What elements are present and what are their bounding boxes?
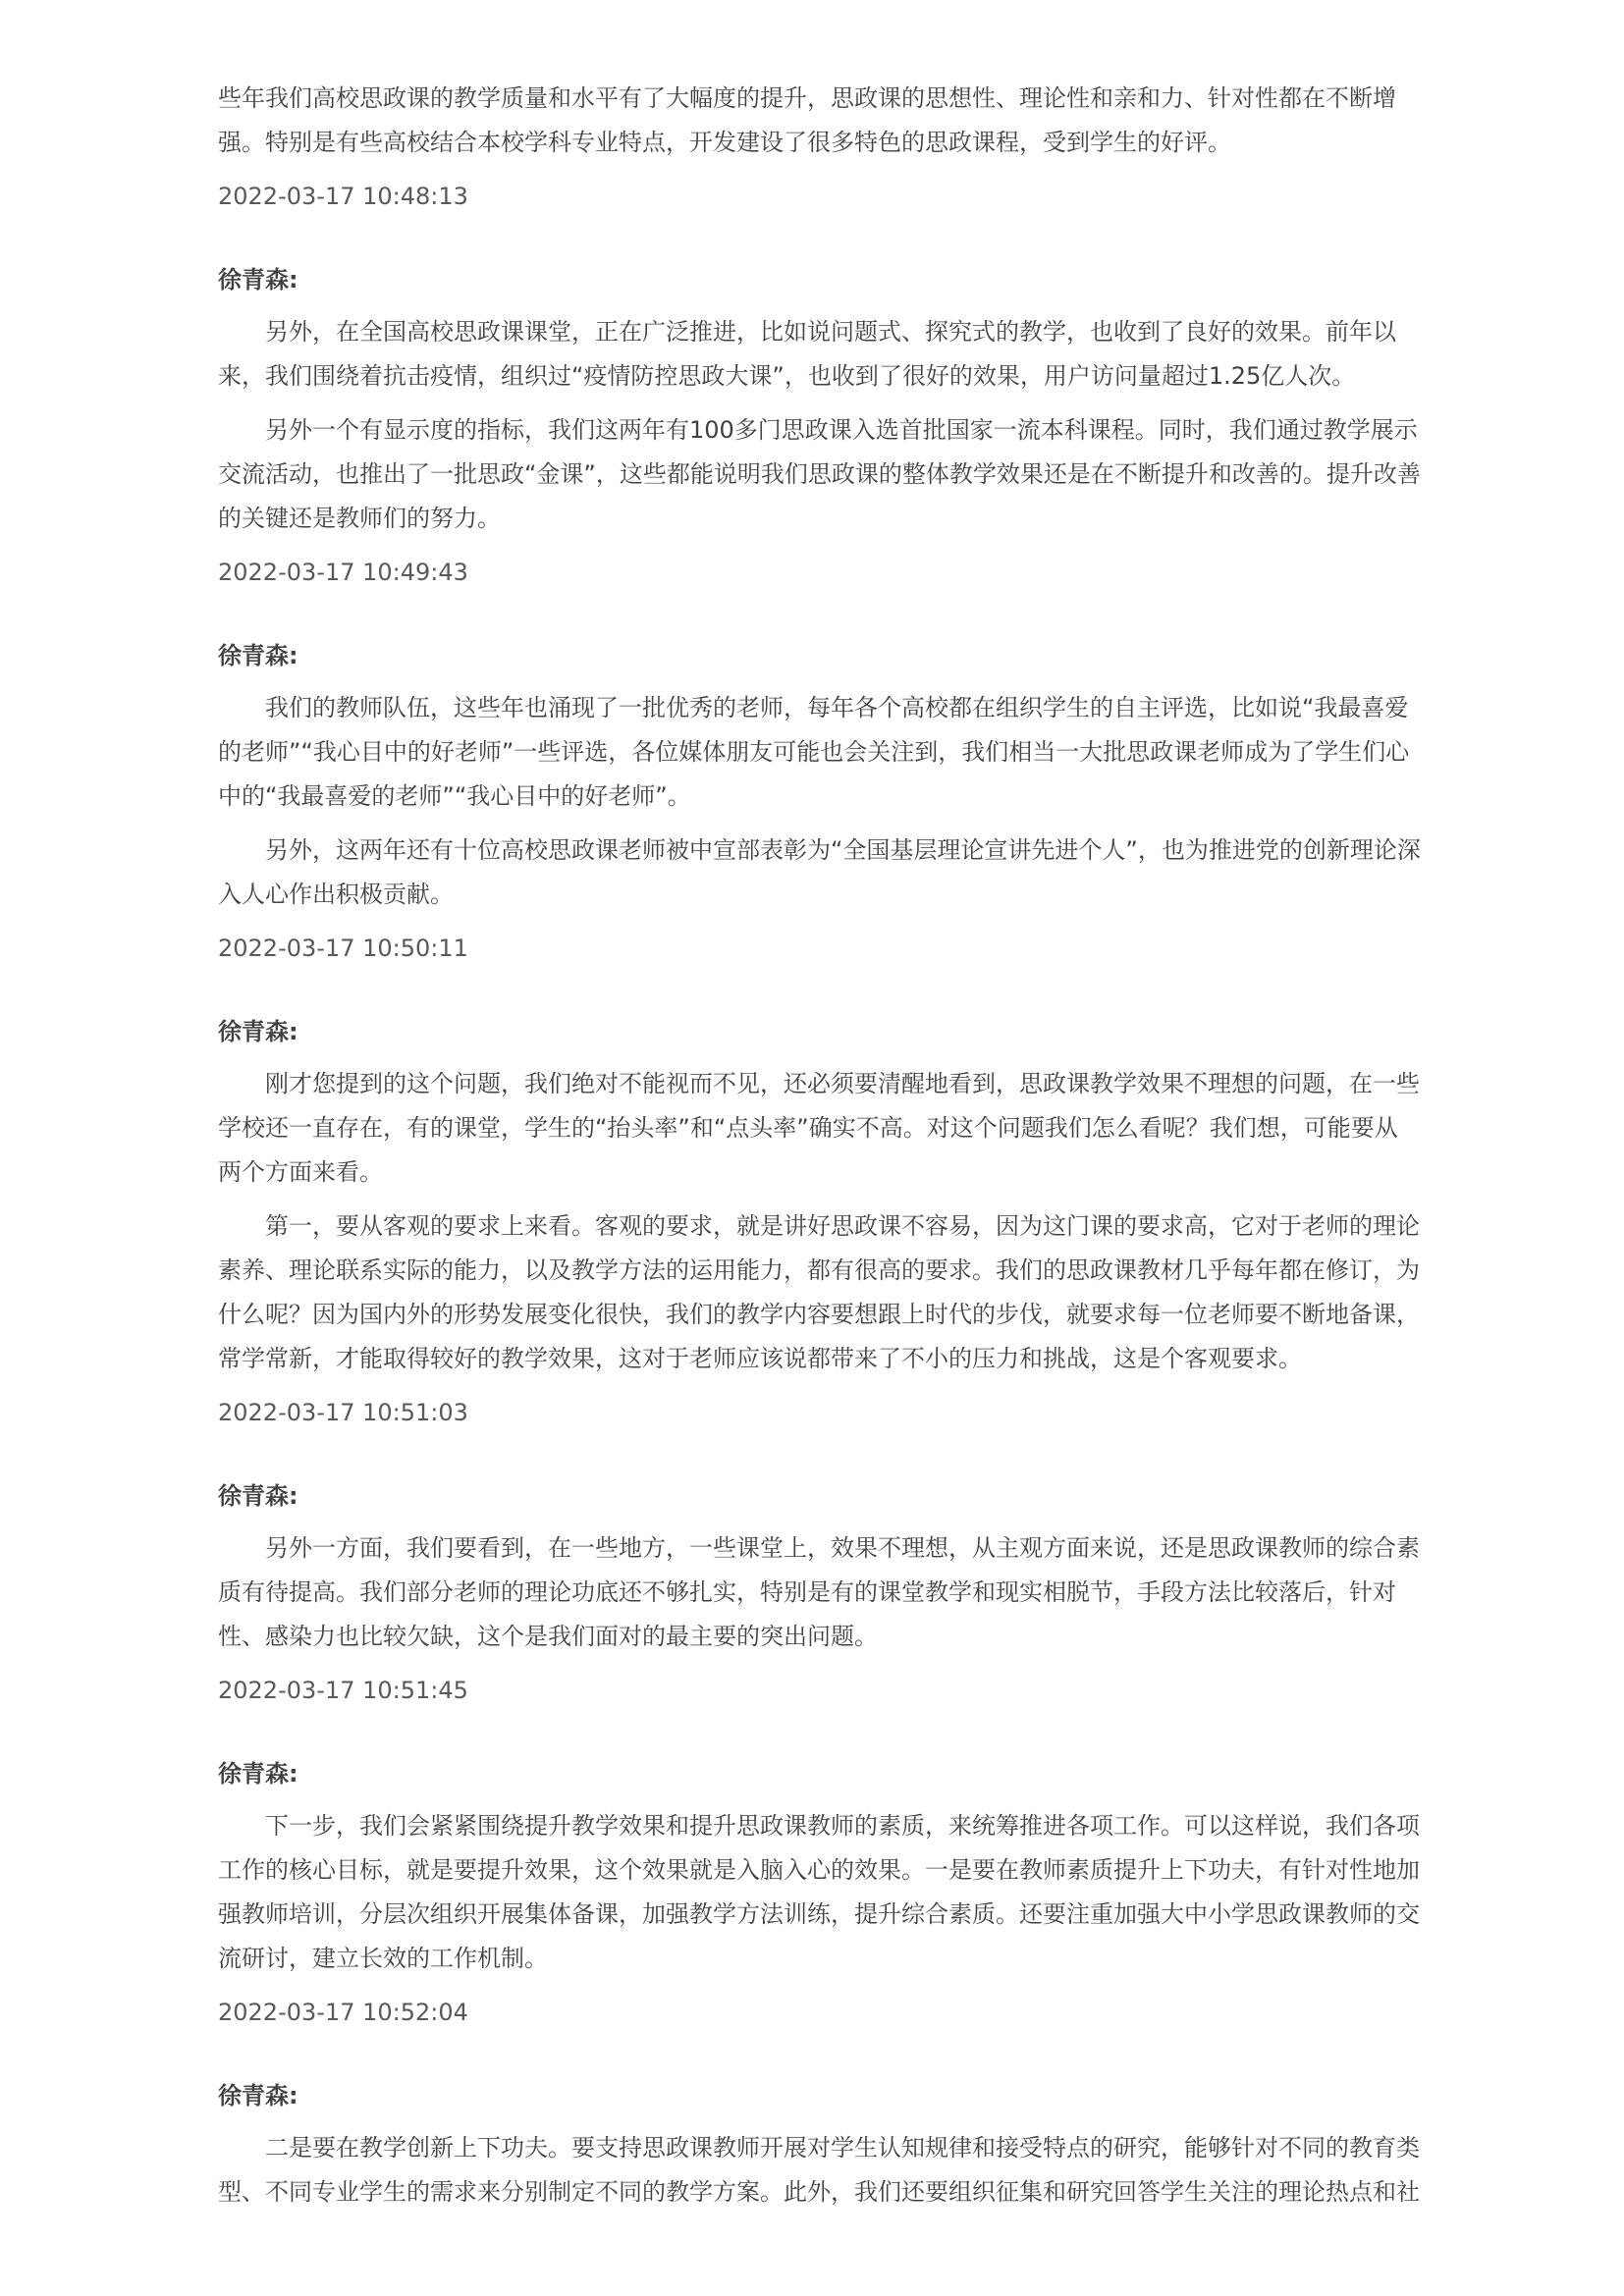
speaker-name: 徐青森: xyxy=(218,2074,1421,2118)
timestamp: 2022-03-17 10:51:45 xyxy=(218,1669,1421,1713)
timestamp: 2022-03-17 10:52:04 xyxy=(218,1991,1421,2035)
transcript-content: 些年我们高校思政课的教学质量和水平有了大幅度的提升，思政课的思想性、理论性和亲和… xyxy=(218,77,1421,2224)
timestamp: 2022-03-17 10:50:11 xyxy=(218,927,1421,971)
speaker-name: 徐青森: xyxy=(218,1474,1421,1519)
paragraph-text: 些年我们高校思政课的教学质量和水平有了大幅度的提升，思政课的思想性、理论性和亲和… xyxy=(218,77,1421,165)
timestamp: 2022-03-17 10:48:13 xyxy=(218,175,1421,219)
paragraph-text: 二是要在教学创新上下功夫。要支持思政课教师开展对学生认知规律和接受特点的研究，能… xyxy=(218,2126,1421,2215)
paragraph-text: 第一，要从客观的要求上来看。客观的要求，就是讲好思政课不容易，因为这门课的要求高… xyxy=(218,1204,1421,1381)
paragraph-text: 另外一个有显示度的指标，我们这两年有100多门思政课入选首批国家一流本科课程。同… xyxy=(218,408,1421,541)
transcript-page: 些年我们高校思政课的教学质量和水平有了大幅度的提升，思政课的思想性、理论性和亲和… xyxy=(0,0,1624,2296)
speaker-name: 徐青森: xyxy=(218,258,1421,302)
paragraph-text: 刚才您提到的这个问题，我们绝对不能视而不见，还必须要清醒地看到，思政课教学效果不… xyxy=(218,1062,1421,1195)
timestamp: 2022-03-17 10:51:03 xyxy=(218,1391,1421,1435)
paragraph-text: 另外，在全国高校思政课课堂，正在广泛推进，比如说问题式、探究式的教学，也收到了良… xyxy=(218,310,1421,399)
speaker-name: 徐青森: xyxy=(218,1752,1421,1796)
paragraph-text: 另外一方面，我们要看到，在一些地方，一些课堂上，效果不理想，从主观方面来说，还是… xyxy=(218,1526,1421,1659)
paragraph-text: 我们的教师队伍，这些年也涌现了一批优秀的老师，每年各个高校都在组织学生的自主评选… xyxy=(218,686,1421,819)
timestamp: 2022-03-17 10:49:43 xyxy=(218,551,1421,595)
speaker-name: 徐青森: xyxy=(218,634,1421,678)
paragraph-text: 另外，这两年还有十位高校思政课老师被中宣部表彰为“全国基层理论宣讲先进个人”，也… xyxy=(218,828,1421,917)
speaker-name: 徐青森: xyxy=(218,1010,1421,1054)
paragraph-text: 下一步，我们会紧紧围绕提升教学效果和提升思政课教师的素质，来统筹推进各项工作。可… xyxy=(218,1804,1421,1981)
